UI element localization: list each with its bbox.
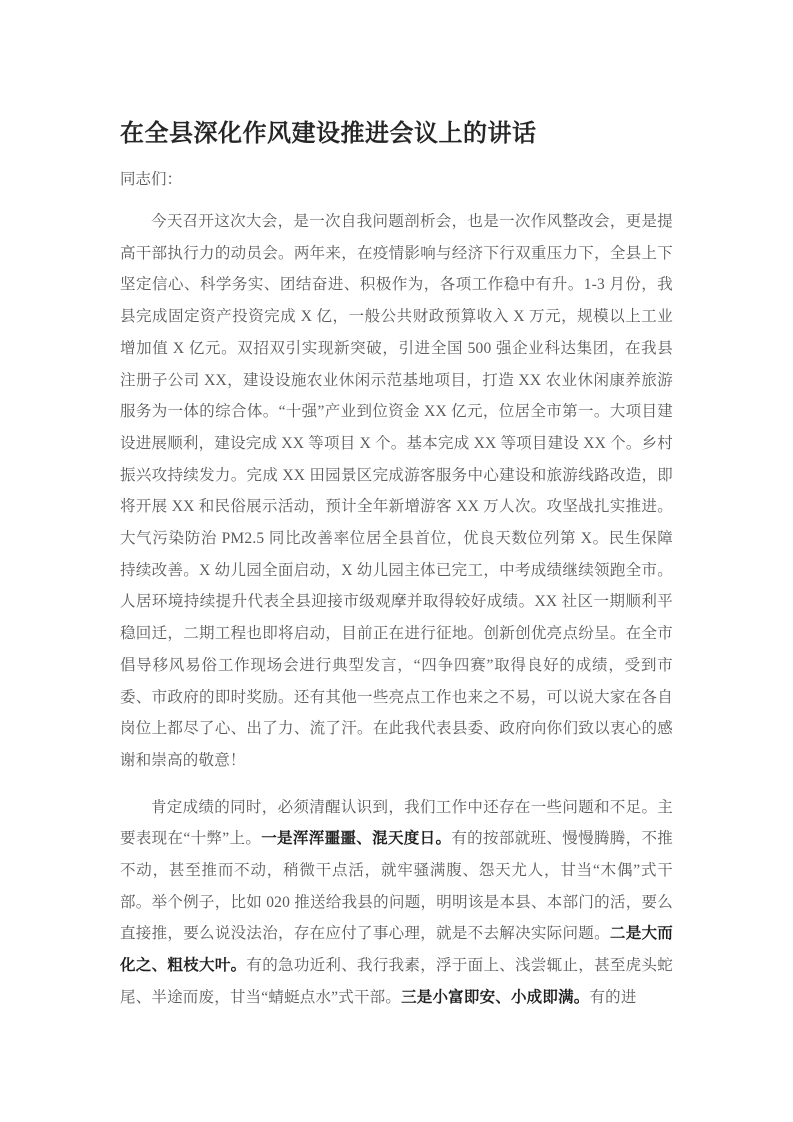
paragraph: 肯定成绩的同时，必须清醒认识到，我们工作中还存在一些问题和不足。主要表现在“十弊… [120,792,673,1014]
paragraph: 今天召开这次大会，是一次自我问题剖析会，也是一次作风整改会，更是提高干部执行力的… [120,206,673,777]
text-run-bold: 一是浑浑噩噩、混天度日。 [261,830,451,847]
document-title: 在全县深化作风建设推进会议上的讲话 [120,0,673,152]
document-content: 在全县深化作风建设推进会议上的讲话 同志们： 今天召开这次大会，是一次自我问题剖… [120,0,673,1014]
salutation: 同志们： [120,169,673,191]
document-body: 今天召开这次大会，是一次自我问题剖析会，也是一次作风整改会，更是提高干部执行力的… [120,206,673,1014]
text-run-bold: 三是小富即安、小成即满。 [401,989,589,1006]
text-run: 有的进 [589,989,636,1006]
text-run: 今天召开这次大会，是一次自我问题剖析会，也是一次作风整改会，更是提高干部执行力的… [120,213,673,769]
document-page: 在全县深化作风建设推进会议上的讲话 同志们： 今天召开这次大会，是一次自我问题剖… [0,0,793,1122]
